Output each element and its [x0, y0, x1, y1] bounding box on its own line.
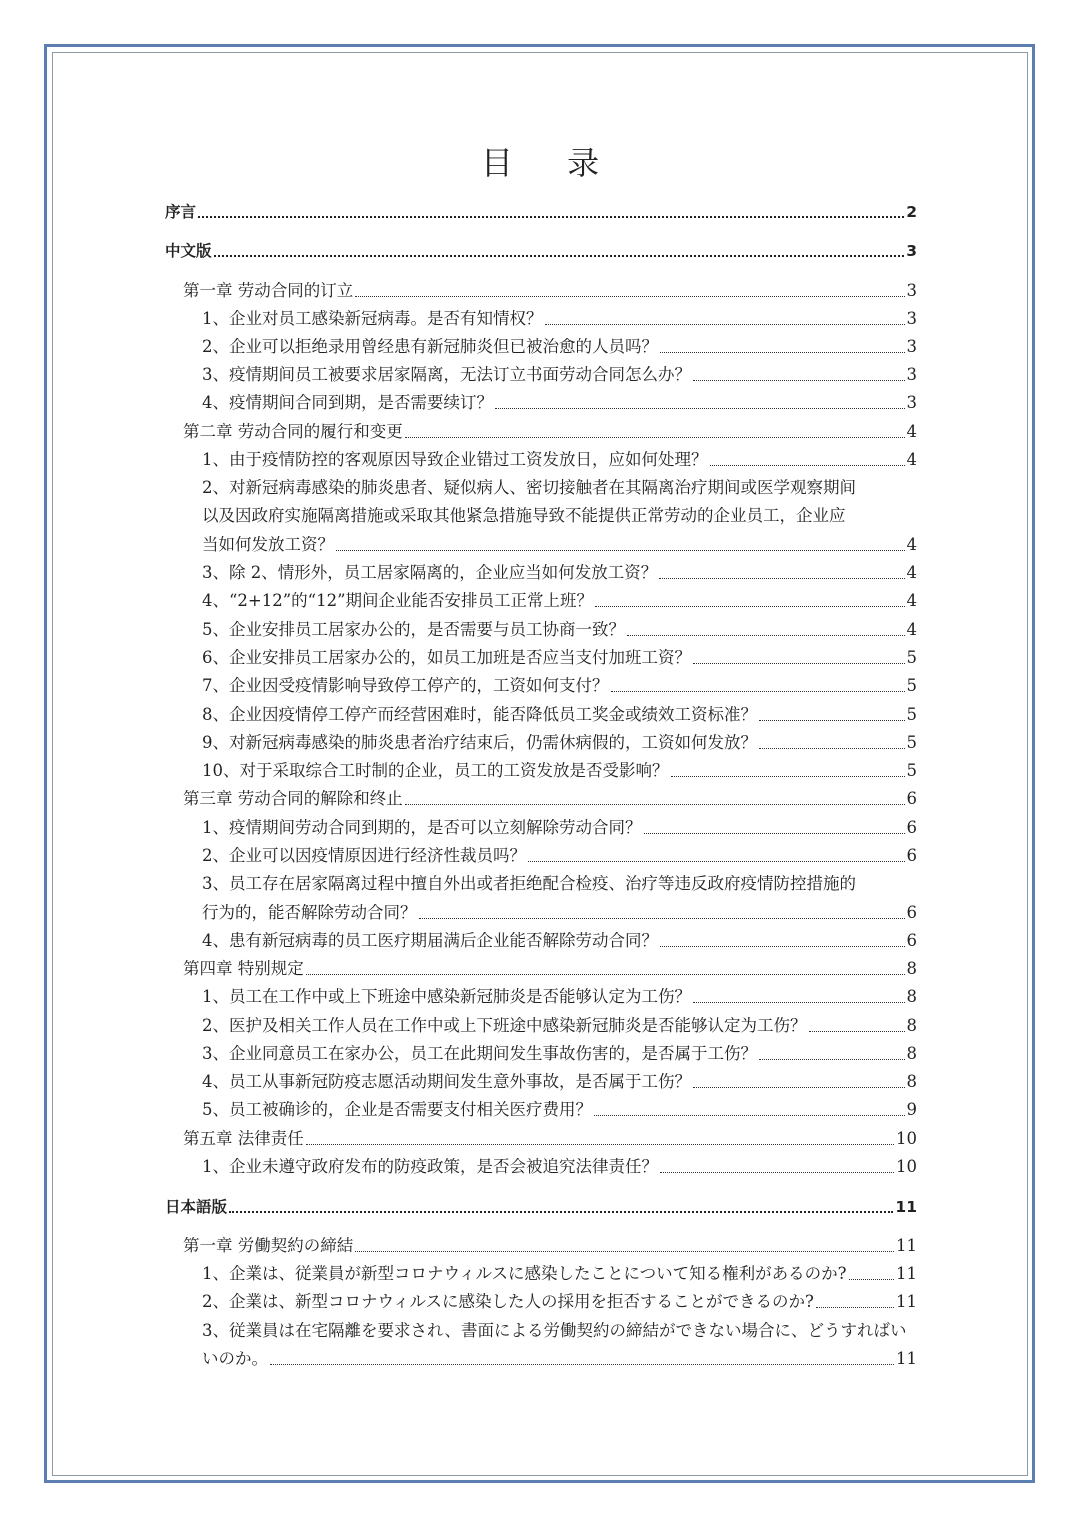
- toc-entry-text: 1、由于疫情防控的客观原因导致企业错过工资发放日，应如何处理？: [202, 450, 708, 470]
- toc-entry-text: 10、对于采取综合工时制的企业，员工的工资发放是否受影响？: [202, 761, 669, 781]
- dot-leader: [528, 860, 905, 862]
- dot-leader: [759, 719, 905, 721]
- toc-item[interactable]: 2、医护及相关工作人员在工作中或上下班途中感染新冠肺炎是否能够认定为工伤？8: [165, 1016, 917, 1036]
- toc-entry-japanese-edition[interactable]: 日本語版11: [165, 1197, 917, 1217]
- dot-leader: [306, 973, 905, 975]
- toc-item[interactable]: 3、疫情期间员工被要求居家隔离，无法订立书面劳动合同怎么办？3: [165, 365, 917, 385]
- dot-leader: [627, 634, 905, 636]
- toc-entry-text: 1、疫情期间劳动合同到期的，是否可以立刻解除劳动合同？: [202, 818, 642, 838]
- toc-page-number: 4: [907, 563, 918, 583]
- toc-entry-text: 3、除 2、情形外，员工居家隔离的，企业应当如何发放工资？: [202, 563, 657, 583]
- toc-page-number: 3: [906, 241, 917, 261]
- toc-entry-chinese-edition[interactable]: 中文版3: [165, 241, 917, 261]
- dot-leader: [229, 1210, 893, 1213]
- dot-leader: [594, 1114, 905, 1116]
- toc-page-number: 2: [906, 202, 917, 222]
- dot-leader: [660, 351, 905, 353]
- toc-page-number: 8: [907, 1016, 918, 1036]
- toc-item-line[interactable]: 以及因政府实施隔离措施或采取其他紧急措施导致不能提供正常劳动的企业员工，企业应: [202, 506, 917, 526]
- toc-chapter-5[interactable]: 第五章 法律责任10: [165, 1129, 917, 1149]
- toc-page-number: 5: [907, 648, 918, 668]
- toc-page-number: 11: [896, 1264, 917, 1284]
- toc-page-number: 5: [907, 761, 918, 781]
- dot-leader: [405, 803, 905, 805]
- toc-entry-text: 8、企业因疫情停工停产而经营困难时，能否降低员工奖金或绩效工资标准？: [202, 705, 757, 725]
- dot-leader: [693, 1001, 905, 1003]
- toc-entry-text: 日本語版: [165, 1197, 227, 1217]
- toc-entry-text: 1、企业对员工感染新冠病毒。是否有知情权？: [202, 309, 543, 329]
- toc-entry-text: 4、患有新冠病毒的员工医疗期届满后企业能否解除劳动合同？: [202, 931, 658, 951]
- dot-leader: [611, 690, 905, 692]
- toc-entry-text: 第四章 特别规定: [183, 959, 304, 979]
- toc-entry-text: 2、医护及相关工作人员在工作中或上下班途中感染新冠肺炎是否能够认定为工伤？: [202, 1016, 807, 1036]
- toc-item[interactable]: 2、企業は、新型コロナウィルスに感染した人の採用を拒否することができるのか?11: [165, 1292, 917, 1312]
- toc-item[interactable]: 1、企业未遵守政府发布的防疫政策，是否会被追究法律责任？10: [165, 1157, 917, 1177]
- toc-entry-text: 第二章 劳动合同的履行和变更: [183, 422, 403, 442]
- toc-item[interactable]: 行为的，能否解除劳动合同？6: [165, 903, 917, 923]
- toc-entry-text: 5、企业安排员工居家办公的，是否需要与员工协商一致？: [202, 620, 625, 640]
- dot-leader: [659, 577, 904, 579]
- toc-chapter-3[interactable]: 第三章 劳动合同的解除和终止6: [165, 789, 917, 809]
- dot-leader: [660, 1171, 894, 1173]
- toc-page-number: 6: [907, 931, 918, 951]
- toc-page-number: 11: [895, 1197, 917, 1217]
- toc-page-number: 6: [907, 789, 918, 809]
- toc-page-number: 3: [907, 393, 918, 413]
- toc-page-number: 11: [896, 1236, 917, 1256]
- toc-chapter-4[interactable]: 第四章 特别规定8: [165, 959, 917, 979]
- toc-page-number: 4: [907, 450, 918, 470]
- toc-item[interactable]: 4、“2+12”的“12”期间企业能否安排员工正常上班？4: [165, 591, 917, 611]
- toc-entry-text: 第一章 劳动合同的订立: [183, 281, 353, 301]
- toc-entry-text: 3、企业同意员工在家办公，员工在此期间发生事故伤害的，是否属于工伤？: [202, 1044, 757, 1064]
- dot-leader: [710, 464, 905, 466]
- dot-leader: [545, 323, 905, 325]
- toc-item[interactable]: 9、对新冠病毒感染的肺炎患者治疗结束后，仍需休病假的，工资如何发放？5: [165, 733, 917, 753]
- dot-leader: [849, 1278, 894, 1280]
- toc-page-number: 5: [907, 733, 918, 753]
- toc-page-number: 5: [907, 676, 918, 696]
- toc-page-number: 3: [907, 365, 918, 385]
- dot-leader: [355, 1250, 894, 1252]
- toc-chapter-2[interactable]: 第二章 劳动合同的履行和变更4: [165, 422, 917, 442]
- toc-item[interactable]: 10、对于采取综合工时制的企业，员工的工资发放是否受影响？5: [165, 761, 917, 781]
- toc-item[interactable]: 2、企业可以拒绝录用曾经患有新冠肺炎但已被治愈的人员吗？3: [165, 337, 917, 357]
- toc-entry-preface[interactable]: 序言2: [165, 202, 917, 222]
- dot-leader: [660, 945, 905, 947]
- toc-entry-text: 6、企业安排员工居家办公的，如员工加班是否应当支付加班工资？: [202, 648, 691, 668]
- toc-entry-text: 2、企业可以因疫情原因进行经济性裁员吗？: [202, 846, 526, 866]
- toc-page-number: 10: [896, 1157, 917, 1177]
- toc-entry-text: 2、企业可以拒绝录用曾经患有新冠肺炎但已被治愈的人员吗？: [202, 337, 658, 357]
- toc-item[interactable]: 1、疫情期间劳动合同到期的，是否可以立刻解除劳动合同？6: [165, 818, 917, 838]
- dot-leader: [816, 1306, 894, 1308]
- dot-leader: [495, 407, 905, 409]
- dot-leader: [759, 1058, 905, 1060]
- toc-page-number: 11: [896, 1292, 917, 1312]
- toc-page-number: 8: [907, 1044, 918, 1064]
- toc-page-number: 4: [907, 535, 918, 555]
- dot-leader: [306, 1143, 894, 1145]
- toc-entry-text: 第五章 法律责任: [183, 1129, 304, 1149]
- toc-item[interactable]: 1、企业对员工感染新冠病毒。是否有知情权？3: [165, 309, 917, 329]
- toc-entry-text: いのか。: [202, 1349, 268, 1369]
- toc-page-number: 10: [896, 1129, 917, 1149]
- page-title: 目 录: [0, 138, 1080, 184]
- dot-leader: [214, 254, 905, 257]
- toc-item[interactable]: 3、除 2、情形外，员工居家隔离的，企业应当如何发放工资？4: [165, 563, 917, 583]
- toc-entry-text: 序言: [165, 202, 196, 222]
- toc-item[interactable]: 3、企业同意员工在家办公，员工在此期间发生事故伤害的，是否属于工伤？8: [165, 1044, 917, 1064]
- toc-page-number: 8: [907, 959, 918, 979]
- toc-page-number: 5: [907, 705, 918, 725]
- toc-item[interactable]: 6、企业安排员工居家办公的，如员工加班是否应当支付加班工资？5: [165, 648, 917, 668]
- toc-entry-text: 3、疫情期间员工被要求居家隔离，无法订立书面劳动合同怎么办？: [202, 365, 691, 385]
- toc-entry-text: 1、企業は、従業員が新型コロナウィルスに感染したことについて知る権利があるのか?: [202, 1264, 847, 1284]
- dot-leader: [644, 832, 905, 834]
- toc-entry-text: 5、员工被确诊的，企业是否需要支付相关医疗费用？: [202, 1100, 592, 1120]
- toc-item-line[interactable]: 3、従業員は在宅隔離を要求され、書面による労働契約の締結ができない場合に、どうす…: [202, 1321, 917, 1341]
- toc-item[interactable]: 8、企业因疫情停工停产而经营困难时，能否降低员工奖金或绩效工资标准？5: [165, 705, 917, 725]
- toc-entry-text: 4、疫情期间合同到期，是否需要续订？: [202, 393, 493, 413]
- toc-item[interactable]: 1、员工在工作中或上下班途中感染新冠肺炎是否能够认定为工伤？8: [165, 987, 917, 1007]
- toc-item[interactable]: 5、企业安排员工居家办公的，是否需要与员工协商一致？4: [165, 620, 917, 640]
- dot-leader: [419, 917, 905, 919]
- toc-page-number: 4: [907, 422, 918, 442]
- toc-entry-text: 9、对新冠病毒感染的肺炎患者治疗结束后，仍需休病假的，工资如何发放？: [202, 733, 757, 753]
- toc-page-number: 3: [907, 281, 918, 301]
- toc-entry-text: 7、企业因受疫情影响导致停工停产的，工资如何支付？: [202, 676, 609, 696]
- dot-leader: [693, 662, 905, 664]
- dot-leader: [198, 215, 904, 218]
- toc-chapter-1[interactable]: 第一章 劳动合同的订立3: [165, 281, 917, 301]
- toc-entry-text: 当如何发放工资？: [202, 535, 334, 555]
- toc-entry-text: 4、“2+12”的“12”期间企业能否安排员工正常上班？: [202, 591, 593, 611]
- toc-page-number: 4: [907, 591, 918, 611]
- dot-leader: [671, 775, 905, 777]
- toc-page-number: 3: [907, 309, 918, 329]
- toc-item[interactable]: 4、患有新冠病毒的员工医疗期届满后企业能否解除劳动合同？6: [165, 931, 917, 951]
- toc-page-number: 6: [907, 846, 918, 866]
- toc-entry-text: 行为的，能否解除劳动合同？: [202, 903, 417, 923]
- toc-jp-chapter-1[interactable]: 第一章 労働契約の締結11: [165, 1236, 917, 1256]
- toc-item[interactable]: 4、疫情期间合同到期，是否需要续订？3: [165, 393, 917, 413]
- toc-page-number: 3: [907, 337, 918, 357]
- dot-leader: [595, 605, 904, 607]
- dot-leader: [693, 1086, 905, 1088]
- dot-leader: [759, 747, 905, 749]
- toc-entry-text: 中文版: [165, 241, 212, 261]
- toc-page-number: 8: [907, 1072, 918, 1092]
- toc-item-line[interactable]: 2、对新冠病毒感染的肺炎患者、疑似病人、密切接触者在其隔离治疗期间或医学观察期间: [202, 478, 917, 498]
- toc-item[interactable]: 2、企业可以因疫情原因进行经济性裁员吗？6: [165, 846, 917, 866]
- dot-leader: [355, 295, 904, 297]
- toc-entry-text: 1、员工在工作中或上下班途中感染新冠肺炎是否能够认定为工伤？: [202, 987, 691, 1007]
- toc-item[interactable]: 4、员工从事新冠防疫志愿活动期间发生意外事故，是否属于工伤？8: [165, 1072, 917, 1092]
- toc-entry-text: 4、员工从事新冠防疫志愿活动期间发生意外事故，是否属于工伤？: [202, 1072, 691, 1092]
- toc-page-number: 9: [907, 1100, 918, 1120]
- toc-item-line[interactable]: 3、员工存在居家隔离过程中擅自外出或者拒绝配合检疫、治疗等违反政府疫情防控措施的: [202, 874, 917, 894]
- dot-leader: [270, 1363, 894, 1365]
- toc-page-number: 8: [907, 987, 918, 1007]
- toc-page-number: 6: [907, 818, 918, 838]
- toc-page-number: 11: [896, 1349, 917, 1369]
- toc-page-number: 6: [907, 903, 918, 923]
- toc-page-number: 4: [907, 620, 918, 640]
- toc-entry-text: 1、企业未遵守政府发布的防疫政策，是否会被追究法律责任？: [202, 1157, 658, 1177]
- dot-leader: [809, 1030, 905, 1032]
- toc-item[interactable]: 7、企业因受疫情影响导致停工停产的，工资如何支付？5: [165, 676, 917, 696]
- toc-entry-text: 第三章 劳动合同的解除和终止: [183, 789, 403, 809]
- toc-entry-text: 2、企業は、新型コロナウィルスに感染した人の採用を拒否することができるのか?: [202, 1292, 814, 1312]
- dot-leader: [336, 549, 905, 551]
- toc-item[interactable]: 5、员工被确诊的，企业是否需要支付相关医疗费用？9: [165, 1100, 917, 1120]
- dot-leader: [693, 379, 905, 381]
- toc-item[interactable]: 1、企業は、従業員が新型コロナウィルスに感染したことについて知る権利があるのか?…: [165, 1264, 917, 1284]
- dot-leader: [405, 436, 905, 438]
- toc-item[interactable]: いのか。11: [165, 1349, 917, 1369]
- toc-item[interactable]: 1、由于疫情防控的客观原因导致企业错过工资发放日，应如何处理？4: [165, 450, 917, 470]
- toc-entry-text: 第一章 労働契約の締結: [183, 1236, 353, 1256]
- toc-item[interactable]: 当如何发放工资？4: [165, 535, 917, 555]
